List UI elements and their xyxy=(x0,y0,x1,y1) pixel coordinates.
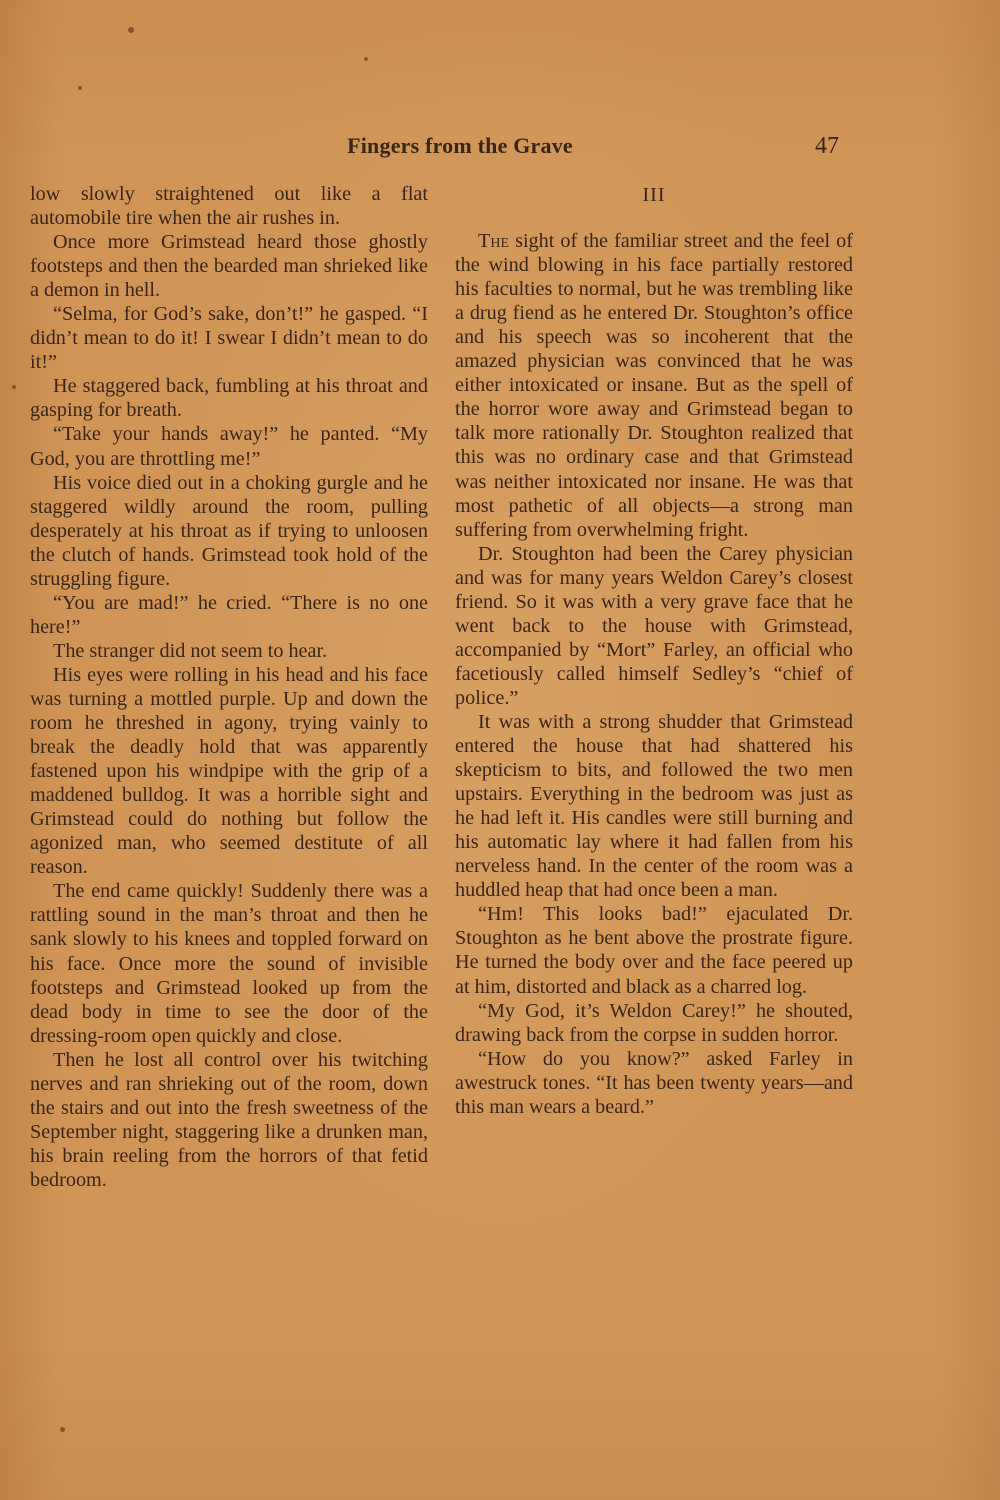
paragraph: His eyes were rolling in his head and hi… xyxy=(30,663,428,879)
paragraph: “Hm! This looks bad!” ejaculated Dr. Sto… xyxy=(455,902,853,998)
paragraph: The sight of the familiar street and the… xyxy=(455,229,853,542)
page-header: Fingers from the Grave 47 xyxy=(0,133,1000,163)
paragraph: “My God, it’s Weldon Carey!” he shouted,… xyxy=(455,999,853,1047)
page-number: 47 xyxy=(815,133,839,160)
paragraph: Dr. Stoughton had been the Carey physici… xyxy=(455,542,853,710)
book-page: Fingers from the Grave 47 low slowly str… xyxy=(0,0,1000,1500)
paragraph: Then he lost all control over his twitch… xyxy=(30,1048,428,1192)
paragraph: The end came quickly! Suddenly there was… xyxy=(30,879,428,1047)
left-column: low slowly straightened out like a flat … xyxy=(30,182,428,1192)
paragraph: His voice died out in a choking gurgle a… xyxy=(30,471,428,591)
paragraph: “You are mad!” he cried. “There is no on… xyxy=(30,591,428,639)
paper-speck xyxy=(128,27,134,33)
paragraph-text: sight of the familiar street and the fee… xyxy=(455,230,853,541)
paragraph: “Selma, for God’s sake, don’t!” he gaspe… xyxy=(30,302,428,374)
section-heading: III xyxy=(455,183,853,207)
paragraph: Once more Grimstead heard those ghostly … xyxy=(30,230,428,302)
paper-speck xyxy=(60,1427,65,1432)
small-caps-lead: The xyxy=(478,230,509,252)
paper-speck xyxy=(12,385,16,389)
right-column: III The sight of the familiar street and… xyxy=(455,182,853,1119)
paper-speck xyxy=(364,57,368,61)
paragraph: He staggered back, fumbling at his throa… xyxy=(30,374,428,422)
paper-speck xyxy=(78,86,82,90)
running-title: Fingers from the Grave xyxy=(310,133,610,159)
paragraph: It was with a strong shudder that Grimst… xyxy=(455,710,853,902)
paragraph: “Take your hands away!” he panted. “My G… xyxy=(30,422,428,470)
paragraph: The stranger did not seem to hear. xyxy=(30,639,428,663)
paragraph: “How do you know?” asked Farley in awest… xyxy=(455,1047,853,1119)
paragraph: low slowly straightened out like a flat … xyxy=(30,182,428,230)
